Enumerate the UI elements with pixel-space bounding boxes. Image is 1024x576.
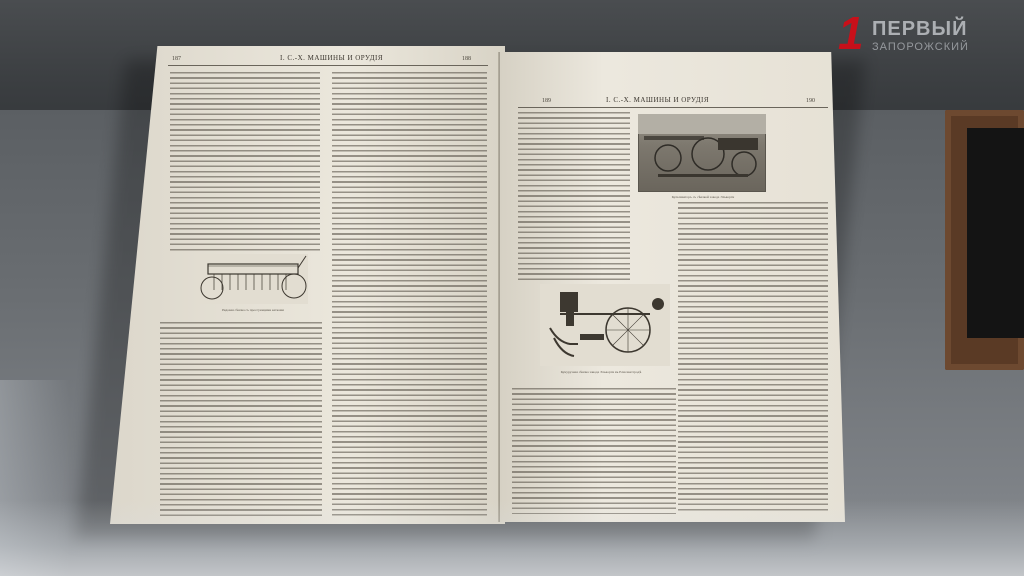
watermark-subtitle: ЗАПОРОЖСКИЙ — [872, 41, 969, 53]
watermark-title: ПЕРВЫЙ — [872, 18, 967, 41]
text-column — [170, 72, 320, 252]
left-page: 187 I. С.-Х. МАШИНЫ И ОРУДІЯ 188 и Амери… — [110, 46, 505, 524]
corn-planter-engraving — [540, 284, 670, 366]
page-number: 188 — [462, 56, 471, 62]
text-column — [332, 72, 487, 518]
header-rule — [168, 65, 488, 66]
seed-drill-engraving — [198, 254, 308, 304]
page-number: 189 — [542, 98, 551, 104]
page-number: 190 — [806, 98, 815, 104]
text-column — [678, 202, 828, 512]
running-header: I. С.-Х. МАШИНЫ И ОРУДІЯ — [606, 96, 709, 104]
text-column — [518, 112, 630, 282]
glass-case-front-edge — [0, 500, 1024, 576]
photo-caption: Культиваторъ съ сѣялкой завода Эльворти — [642, 195, 764, 199]
picture-frame — [945, 110, 1024, 370]
watermark-logo-number: 1 — [838, 8, 864, 58]
text-column — [512, 388, 676, 514]
right-page: 189 I. С.-Х. МАШИНЫ И ОРУДІЯ 190 Культив… — [500, 52, 845, 522]
figure-caption: Рядовая сѣялка съ прессующими катками — [190, 308, 316, 312]
text-column — [160, 322, 322, 518]
agricultural-machine-photo — [638, 114, 766, 192]
running-header: I. С.-Х. МАШИНЫ И ОРУДІЯ — [280, 54, 383, 62]
header-rule — [518, 107, 828, 108]
picture-frame-interior — [967, 128, 1024, 338]
channel-watermark: 1 ПЕРВЫЙ ЗАПОРОЖСКИЙ — [838, 14, 1018, 58]
figure-caption: Кукурузная сѣялка завода Эльворти въ Ели… — [536, 370, 666, 374]
page-number: 187 — [172, 56, 181, 62]
